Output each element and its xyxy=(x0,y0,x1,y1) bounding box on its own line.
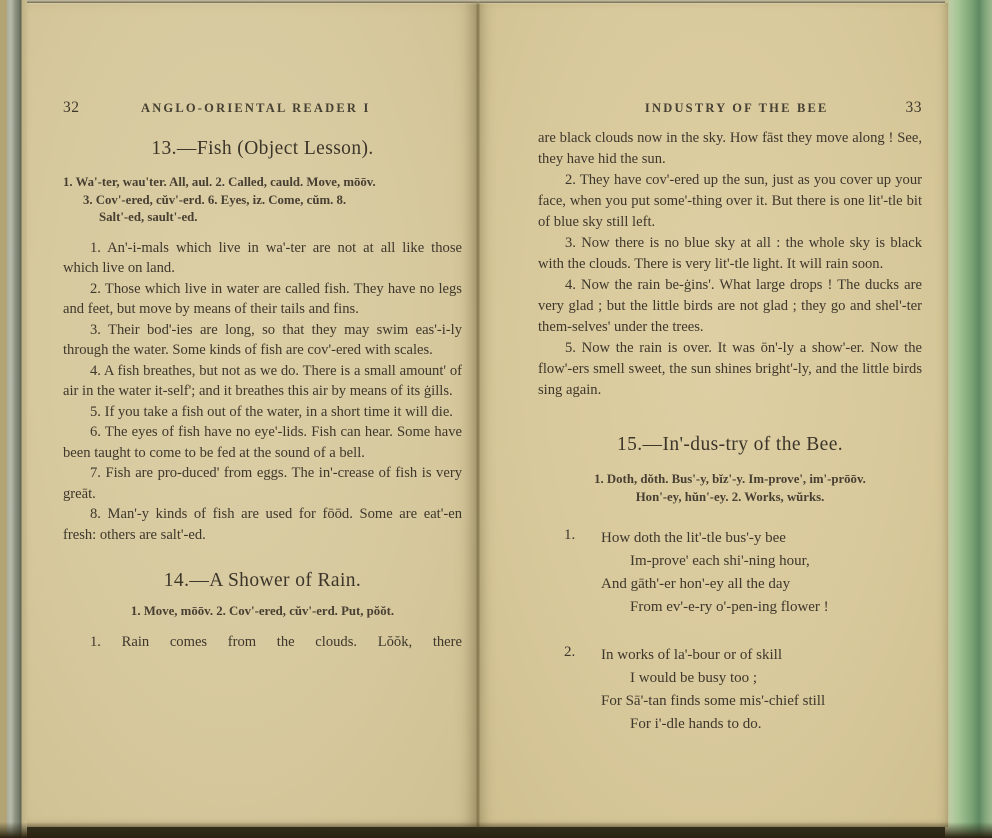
poem-line: I would be busy too ; xyxy=(601,667,922,690)
stanza-number: 1. xyxy=(564,527,601,619)
right-cover-edge xyxy=(945,0,992,838)
poem-line: For i'-dle hands to do. xyxy=(601,713,922,736)
lesson-14-title: 14.—A Shower of Rain. xyxy=(63,570,462,592)
paragraph: 6. The eyes of fish have no eye'-lids. F… xyxy=(63,422,462,463)
paragraph: 4. Now the rain be-ġins'. What large dro… xyxy=(538,275,922,338)
vocab-line: Salt'-ed, sault'-ed. xyxy=(99,209,462,227)
paragraph: 2. Those which live in water are called … xyxy=(63,279,462,320)
paragraph: are black clouds now in the sky. How fās… xyxy=(538,128,922,170)
vocab-line: 1. Wa'-ter, wau'ter. All, aul. 2. Called… xyxy=(63,174,462,192)
lesson-14-body: 1. Rain comes from the clouds. Lŏŏk, the… xyxy=(63,632,462,653)
vocab-line: 1. Move, mōōv. 2. Cov'-ered, cŭv'-erd. P… xyxy=(63,603,462,621)
paragraph: 1. An'-i-mals which live in wa'-ter are … xyxy=(63,238,462,279)
book-gutter xyxy=(476,0,480,828)
right-running-header: INDUSTRY OF THE BEE xyxy=(568,101,906,116)
stanza-lines: In works of la'-bour or of skill I would… xyxy=(601,644,922,736)
left-page-header: 32 ANGLO-ORIENTAL READER I xyxy=(63,99,462,117)
lesson-13-body: 1. An'-i-mals which live in wa'-ter are … xyxy=(63,238,462,546)
poem-line: In works of la'-bour or of skill xyxy=(601,644,922,667)
paragraph: 5. Now the rain is over. It was ōn'-ly a… xyxy=(538,338,922,401)
left-page: 32 ANGLO-ORIENTAL READER I 13.—Fish (Obj… xyxy=(27,3,478,827)
lesson-13-title: 13.—Fish (Object Lesson). xyxy=(63,138,462,160)
right-page: INDUSTRY OF THE BEE 33 are black clouds … xyxy=(478,3,948,827)
vocab-line: 1. Doth, dŏth. Bus'-y, bĭz'-y. Im-prove'… xyxy=(538,471,922,489)
book-photo: 32 ANGLO-ORIENTAL READER I 13.—Fish (Obj… xyxy=(0,0,992,838)
poem-line: And gāth'-er hon'-ey all the day xyxy=(601,573,922,596)
stanza-number: 2. xyxy=(564,644,601,736)
vocab-line: Hon'-ey, hŭn'-ey. 2. Works, wŭrks. xyxy=(538,489,922,507)
lesson-15-vocab: 1. Doth, dŏth. Bus'-y, bĭz'-y. Im-prove'… xyxy=(538,471,922,506)
poem-line: Im-prove' each shi'-ning hour, xyxy=(601,550,922,573)
lesson-14-continuation: are black clouds now in the sky. How fās… xyxy=(538,128,922,401)
paragraph: 2. They have cov'-ered up the sun, just … xyxy=(538,170,922,233)
paragraph: 1. Rain comes from the clouds. Lŏŏk, the… xyxy=(63,632,462,653)
left-running-header: ANGLO-ORIENTAL READER I xyxy=(80,101,433,116)
paragraph: 3. Their bod'-ies are long, so that they… xyxy=(63,320,462,361)
lesson-13-vocab: 1. Wa'-ter, wau'ter. All, aul. 2. Called… xyxy=(63,174,462,227)
paragraph: 8. Man'-y kinds of fish are used for fōō… xyxy=(63,504,462,545)
bottom-shadow xyxy=(0,822,992,838)
paragraph: 4. A fish breathes, but not as we do. Th… xyxy=(63,361,462,402)
right-page-header: INDUSTRY OF THE BEE 33 xyxy=(538,99,922,117)
poem-line: For Sā'-tan finds some mis'-chief still xyxy=(601,690,922,713)
left-cover-edge xyxy=(0,0,27,838)
page-top-highlight xyxy=(27,0,945,5)
lesson-15-poem: 1. How doth the lit'-tle bus'-y bee Im-p… xyxy=(564,527,922,736)
poem-stanza: 1. How doth the lit'-tle bus'-y bee Im-p… xyxy=(564,527,922,619)
lesson-15-title: 15.—In'-dus-try of the Bee. xyxy=(538,434,922,456)
paragraph: 7. Fish are pro-duced' from eggs. The in… xyxy=(63,463,462,504)
left-page-number: 32 xyxy=(63,99,80,117)
paragraph: 3. Now there is no blue sky at all : the… xyxy=(538,233,922,275)
poem-line: From ev'-e-ry o'-pen-ing flower ! xyxy=(601,596,922,619)
poem-line: How doth the lit'-tle bus'-y bee xyxy=(601,527,922,550)
poem-stanza: 2. In works of la'-bour or of skill I wo… xyxy=(564,644,922,736)
right-page-number: 33 xyxy=(906,99,923,117)
stanza-lines: How doth the lit'-tle bus'-y bee Im-prov… xyxy=(601,527,922,619)
paragraph: 5. If you take a fish out of the water, … xyxy=(63,402,462,423)
vocab-line: 3. Cov'-ered, cŭv'-erd. 6. Eyes, iz. Com… xyxy=(83,192,462,210)
lesson-14-vocab: 1. Move, mōōv. 2. Cov'-ered, cŭv'-erd. P… xyxy=(63,603,462,621)
